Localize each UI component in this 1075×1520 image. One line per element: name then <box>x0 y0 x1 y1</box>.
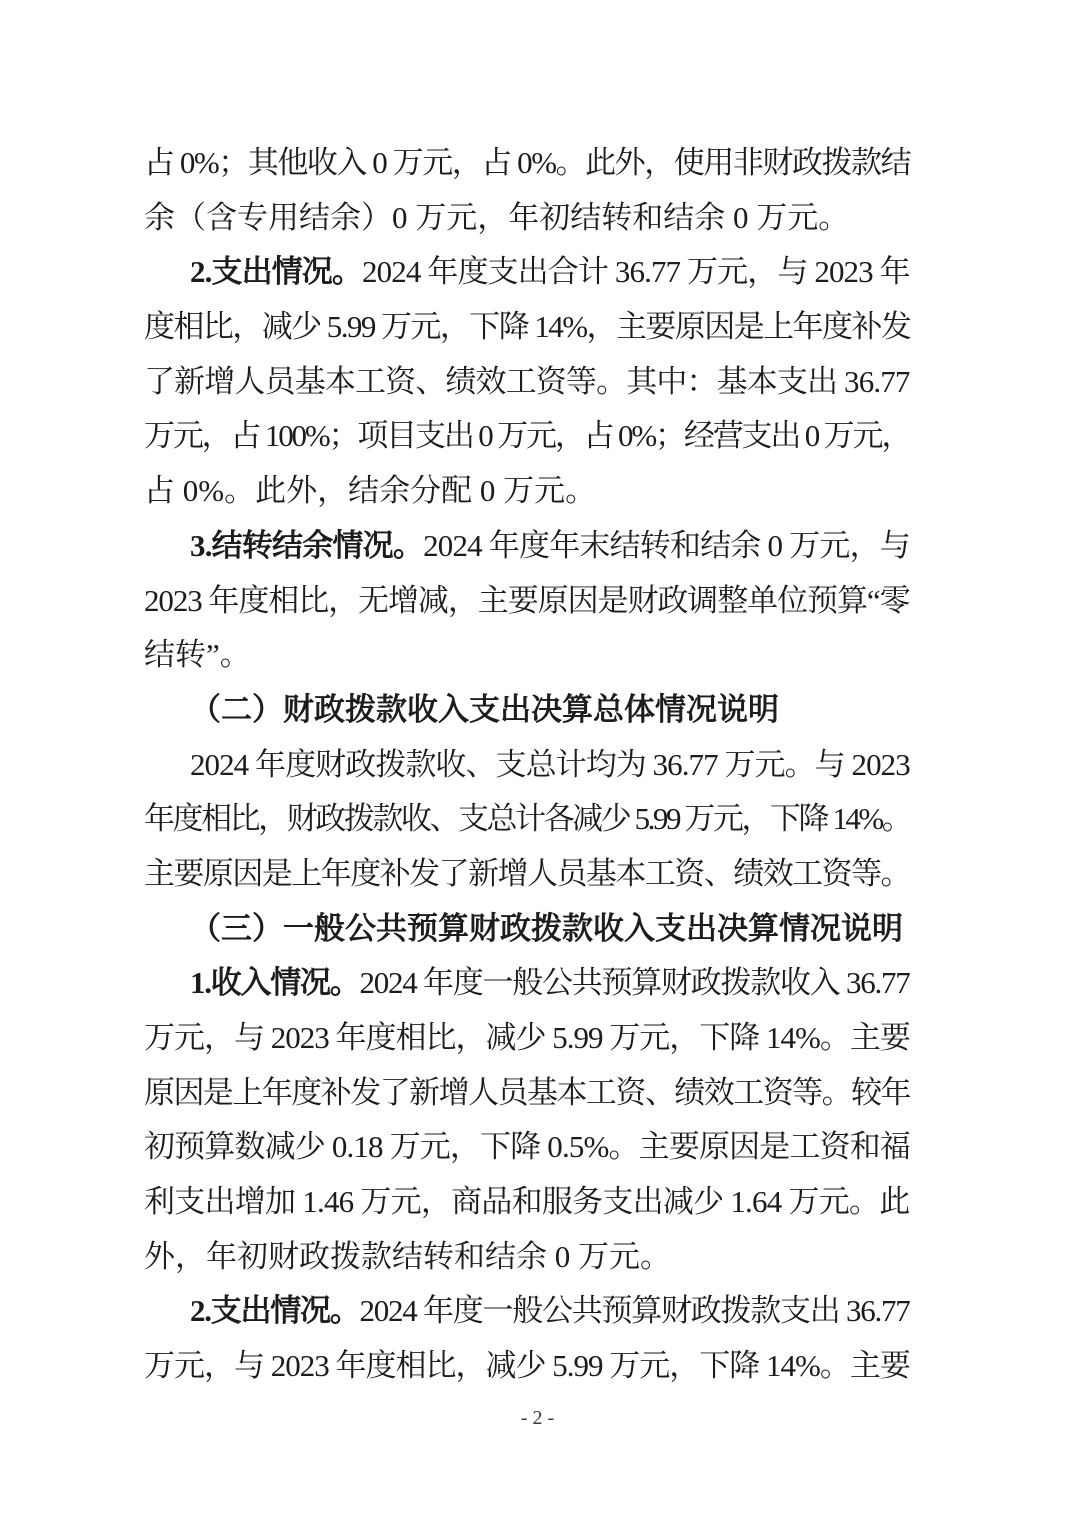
text-line: 利支出增加 1.46 万元，商品和服务支出减少 1.64 万元。此 <box>144 1175 910 1230</box>
text: 度相比，减少 5.99 万元，下降 14%，主要原因是上年度补发 <box>144 309 910 344</box>
text: 2024 年度年末结转和结余 0 万元，与 <box>423 528 910 563</box>
document-page: 占 0%；其他收入 0 万元，占 0%。此外，使用非财政拨款结余（含专用结余）0… <box>0 0 1075 1520</box>
text-line: 了新增人员基本工资、绩效工资等。其中：基本支出 36.77 <box>144 355 910 410</box>
text-segments: 原因是上年度补发了新增人员基本工资、绩效工资等。较年 <box>144 1066 910 1121</box>
text-segments: 年度相比，财政拨款收、支总计各减少 5.99 万元，下降 14%。 <box>144 792 910 847</box>
text-line: 3.结转结余情况。2024 年度年末结转和结余 0 万元，与 <box>144 519 910 574</box>
text-line: 万元，占 100%；项目支出 0 万元，占 0%；经营支出 0 万元， <box>144 409 910 464</box>
text: 万元，与 2023 年度相比，减少 5.99 万元，下降 14%。主要 <box>144 1020 910 1055</box>
text-segments: 2024 年度财政拨款收、支总计均为 36.77 万元。与 2023 <box>190 738 910 793</box>
text-segments: 万元，占 100%；项目支出 0 万元，占 0%；经营支出 0 万元， <box>144 409 910 464</box>
text-segments: （二）财政拨款收入支出决算总体情况说明 <box>190 683 779 738</box>
text-segments: 2.支出情况。2024 年度支出合计 36.77 万元，与 2023 年 <box>190 245 910 300</box>
text: 外，年初财政拨款结转和结余 0 万元。 <box>144 1239 671 1274</box>
bold-text: 2.支出情况。 <box>190 1293 360 1328</box>
text-segments: 度相比，减少 5.99 万元，下降 14%，主要原因是上年度补发 <box>144 300 910 355</box>
section-heading: （二）财政拨款收入支出决算总体情况说明 <box>144 683 910 738</box>
text: 2024 年度财政拨款收、支总计均为 36.77 万元。与 2023 <box>190 747 910 782</box>
text-segments: 万元，与 2023 年度相比，减少 5.99 万元，下降 14%。主要 <box>144 1011 910 1066</box>
text: 原因是上年度补发了新增人员基本工资、绩效工资等。较年 <box>144 1075 910 1110</box>
bold-text: 3.结转结余情况。 <box>190 528 423 563</box>
text-line: 年度相比，财政拨款收、支总计各减少 5.99 万元，下降 14%。 <box>144 792 910 847</box>
text-segments: 余（含专用结余）0 万元，年初结转和结余 0 万元。 <box>144 191 849 246</box>
text-segments: 占 0%；其他收入 0 万元，占 0%。此外，使用非财政拨款结 <box>144 136 910 191</box>
text-segments: 了新增人员基本工资、绩效工资等。其中：基本支出 36.77 <box>144 355 910 410</box>
text: 2024 年度一般公共预算财政拨款支出 36.77 <box>360 1293 910 1328</box>
text-line: 外，年初财政拨款结转和结余 0 万元。 <box>144 1230 910 1285</box>
text-segments: 利支出增加 1.46 万元，商品和服务支出减少 1.64 万元。此 <box>144 1175 910 1230</box>
text-line: 主要原因是上年度补发了新增人员基本工资、绩效工资等。 <box>144 847 910 902</box>
text: 万元，占 100%；项目支出 0 万元，占 0%；经营支出 0 万元， <box>144 418 910 453</box>
text: 初预算数减少 0.18 万元，下降 0.5%。主要原因是工资和福 <box>144 1129 910 1164</box>
text-line: 2.支出情况。2024 年度一般公共预算财政拨款支出 36.77 <box>144 1284 910 1339</box>
bold-text: （二）财政拨款收入支出决算总体情况说明 <box>190 692 779 727</box>
text: 2023 年度相比，无增减，主要原因是财政调整单位预算“零 <box>144 583 910 618</box>
text-segments: 2023 年度相比，无增减，主要原因是财政调整单位预算“零 <box>144 574 910 629</box>
text: 余（含专用结余）0 万元，年初结转和结余 0 万元。 <box>144 200 849 235</box>
text-segments: 占 0%。此外，结余分配 0 万元。 <box>144 464 596 519</box>
text-line: 度相比，减少 5.99 万元，下降 14%，主要原因是上年度补发 <box>144 300 910 355</box>
text-segments: 主要原因是上年度补发了新增人员基本工资、绩效工资等。 <box>144 847 910 902</box>
section-heading: （三）一般公共预算财政拨款收入支出决算情况说明 <box>144 902 910 957</box>
text-line: 万元，与 2023 年度相比，减少 5.99 万元，下降 14%。主要 <box>144 1011 910 1066</box>
text-line: 原因是上年度补发了新增人员基本工资、绩效工资等。较年 <box>144 1066 910 1121</box>
text: 结转”。 <box>144 637 251 672</box>
text-line: 结转”。 <box>144 628 910 683</box>
text-line: 占 0%；其他收入 0 万元，占 0%。此外，使用非财政拨款结 <box>144 136 910 191</box>
text-line: 占 0%。此外，结余分配 0 万元。 <box>144 464 910 519</box>
text-line: 2024 年度财政拨款收、支总计均为 36.77 万元。与 2023 <box>144 738 910 793</box>
text-segments: 外，年初财政拨款结转和结余 0 万元。 <box>144 1230 671 1285</box>
text: 2024 年度支出合计 36.77 万元，与 2023 年 <box>362 254 910 289</box>
text: 利支出增加 1.46 万元，商品和服务支出减少 1.64 万元。此 <box>144 1184 910 1219</box>
text: 了新增人员基本工资、绩效工资等。其中：基本支出 36.77 <box>144 364 910 399</box>
text: 年度相比，财政拨款收、支总计各减少 5.99 万元，下降 14%。 <box>144 801 910 836</box>
text-segments: 3.结转结余情况。2024 年度年末结转和结余 0 万元，与 <box>190 519 910 574</box>
text: 2024 年度一般公共预算财政拨款收入 36.77 <box>360 965 910 1000</box>
text-segments: （三）一般公共预算财政拨款收入支出决算情况说明 <box>190 902 903 957</box>
text-line: 余（含专用结余）0 万元，年初结转和结余 0 万元。 <box>144 191 910 246</box>
text: 万元，与 2023 年度相比，减少 5.99 万元，下降 14%。主要 <box>144 1348 910 1383</box>
page-number: - 2 - <box>0 1404 1075 1432</box>
text-line: 初预算数减少 0.18 万元，下降 0.5%。主要原因是工资和福 <box>144 1120 910 1175</box>
text-segments: 万元，与 2023 年度相比，减少 5.99 万元，下降 14%。主要 <box>144 1339 910 1394</box>
text: 主要原因是上年度补发了新增人员基本工资、绩效工资等。 <box>144 856 910 891</box>
bold-text: 2.支出情况。 <box>190 254 362 289</box>
text-segments: 结转”。 <box>144 628 251 683</box>
bold-text: 1.收入情况。 <box>190 965 360 1000</box>
text-segments: 2.支出情况。2024 年度一般公共预算财政拨款支出 36.77 <box>190 1284 910 1339</box>
text-segments: 1.收入情况。2024 年度一般公共预算财政拨款收入 36.77 <box>190 956 910 1011</box>
text: 占 0%；其他收入 0 万元，占 0%。此外，使用非财政拨款结 <box>144 145 910 180</box>
bold-text: （三）一般公共预算财政拨款收入支出决算情况说明 <box>190 911 903 946</box>
document-body: 占 0%；其他收入 0 万元，占 0%。此外，使用非财政拨款结余（含专用结余）0… <box>144 136 910 1394</box>
text-segments: 初预算数减少 0.18 万元，下降 0.5%。主要原因是工资和福 <box>144 1120 910 1175</box>
text-line: 2.支出情况。2024 年度支出合计 36.77 万元，与 2023 年 <box>144 245 910 300</box>
text: 占 0%。此外，结余分配 0 万元。 <box>144 473 596 508</box>
text-line: 1.收入情况。2024 年度一般公共预算财政拨款收入 36.77 <box>144 956 910 1011</box>
text-line: 万元，与 2023 年度相比，减少 5.99 万元，下降 14%。主要 <box>144 1339 910 1394</box>
text-line: 2023 年度相比，无增减，主要原因是财政调整单位预算“零 <box>144 574 910 629</box>
